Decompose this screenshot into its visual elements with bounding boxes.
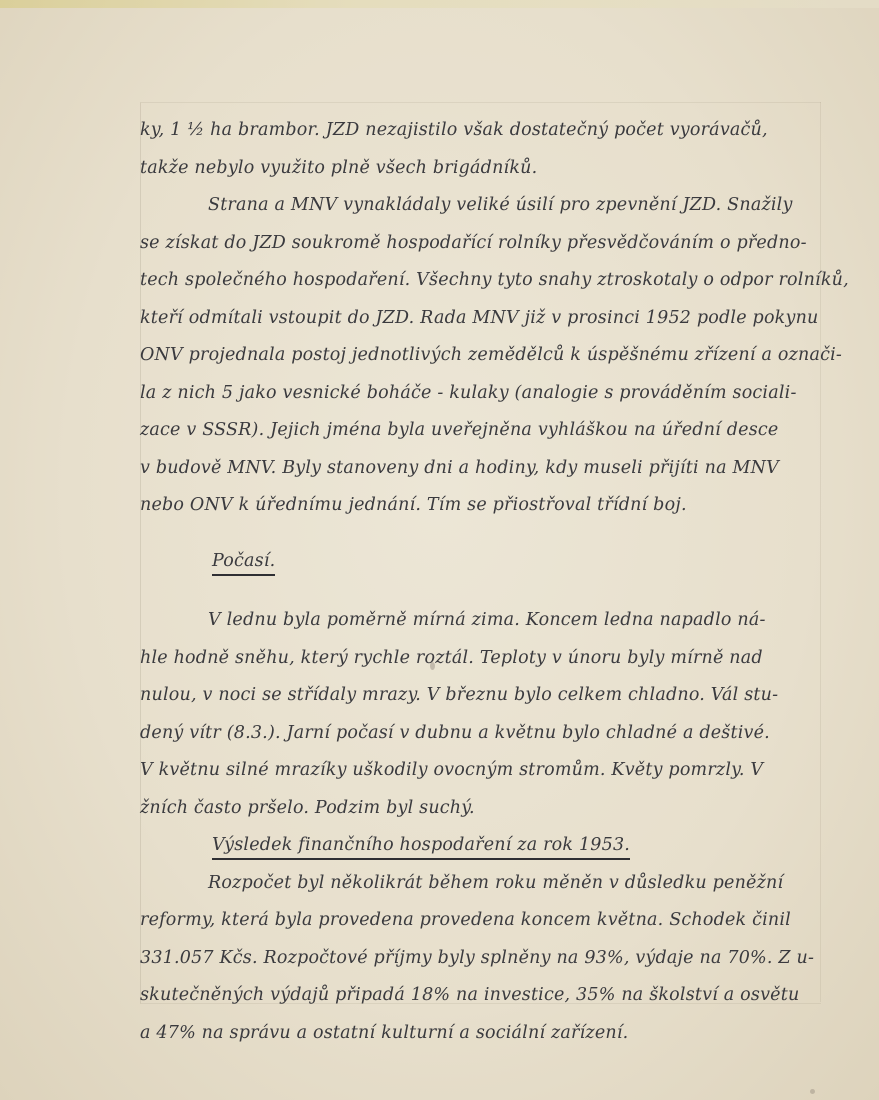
paper-spot <box>810 1089 815 1094</box>
text-line: takže nebylo využito plně všech brigádní… <box>140 150 830 188</box>
paragraph-party-and-jzd: Strana a MNV vynakládaly veliké úsilí pr… <box>140 187 830 525</box>
paragraph-continuation: ky, 1 ½ ha brambor. JZD nezajistilo však… <box>140 112 830 187</box>
text-line: dený vítr (8.3.). Jarní počasí v dubnu a… <box>140 715 830 753</box>
text-line: Rozpočet byl několikrát během roku měněn… <box>140 865 830 903</box>
scanned-page: ky, 1 ½ ha brambor. JZD nezajistilo však… <box>0 0 879 1100</box>
text-line: zace v SSSR). Jejich jména byla uveřejně… <box>140 412 830 450</box>
text-line: ky, 1 ½ ha brambor. JZD nezajistilo však… <box>140 112 830 150</box>
handwritten-text: ky, 1 ½ ha brambor. JZD nezajistilo však… <box>140 112 830 1052</box>
section-finance: Výsledek finančního hospodaření za rok 1… <box>140 827 830 1052</box>
section-heading-finance: Výsledek finančního hospodaření za rok 1… <box>212 835 630 860</box>
section-weather: Počasí. V lednu byla poměrně mírná zima.… <box>140 543 830 828</box>
text-line: la z nich 5 jako vesnické boháče - kulak… <box>140 375 830 413</box>
text-line: skutečněných výdajů připadá 18% na inves… <box>140 977 830 1015</box>
text-line: reformy, která byla provedena provedena … <box>140 902 830 940</box>
text-line: žních často pršelo. Podzim byl suchý. <box>140 790 830 828</box>
text-line: Strana a MNV vynakládaly veliké úsilí pr… <box>140 187 830 225</box>
text-line: v budově MNV. Byly stanoveny dni a hodin… <box>140 450 830 488</box>
text-line: nebo ONV k úřednímu jednání. Tím se přio… <box>140 487 830 525</box>
text-line: kteří odmítali vstoupit do JZD. Rada MNV… <box>140 300 830 338</box>
text-line: V lednu byla poměrně mírná zima. Koncem … <box>140 602 830 640</box>
text-line: ONV projednala postoj jednotlivých zeměd… <box>140 337 830 375</box>
paper-stain <box>0 0 879 8</box>
text-line: 331.057 Kčs. Rozpočtové příjmy byly spln… <box>140 940 830 978</box>
text-line: hle hodně sněhu, který rychle roztál. Te… <box>140 640 830 678</box>
text-line: a 47% na správu a ostatní kulturní a soc… <box>140 1015 830 1053</box>
section-heading-weather: Počasí. <box>212 551 275 576</box>
text-line: tech společného hospodaření. Všechny tyt… <box>140 262 830 300</box>
text-line: nulou, v noci se střídaly mrazy. V březn… <box>140 677 830 715</box>
text-line: V květnu silné mrazíky uškodily ovocným … <box>140 752 830 790</box>
text-line: se získat do JZD soukromě hospodařící ro… <box>140 225 830 263</box>
